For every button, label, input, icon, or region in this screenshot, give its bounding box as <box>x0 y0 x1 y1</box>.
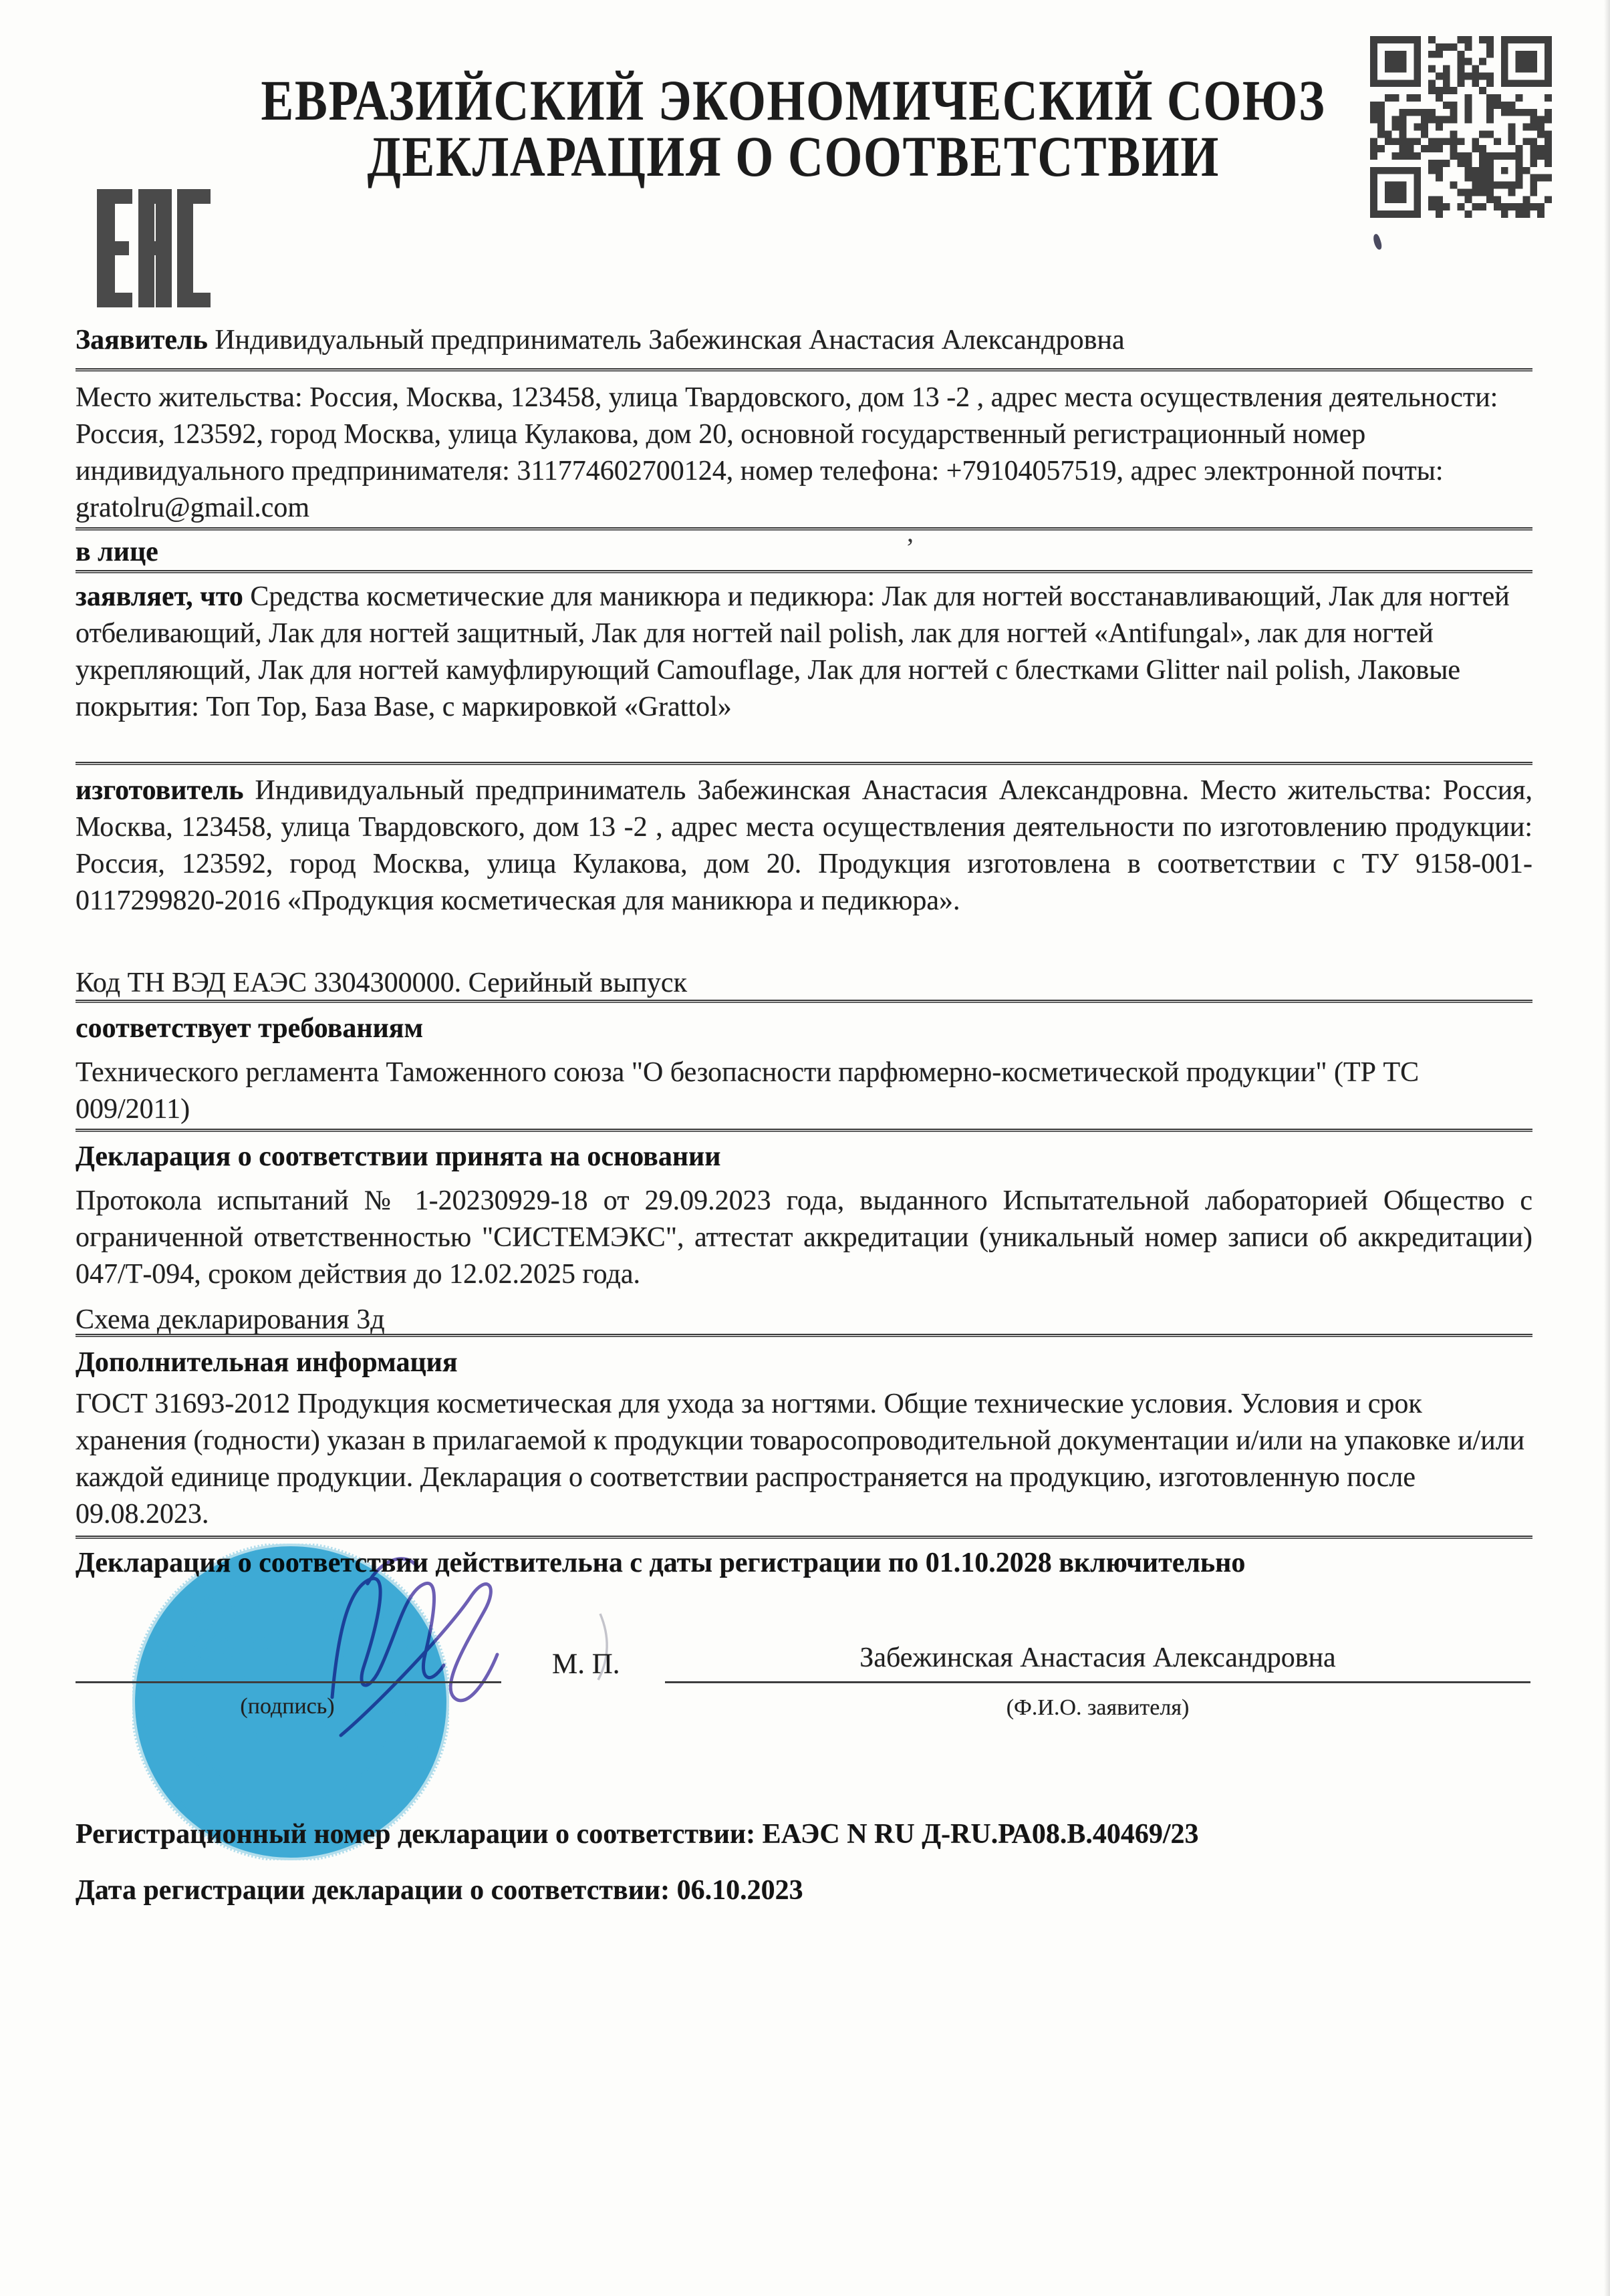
qr-code-icon <box>1370 29 1552 225</box>
additional-info-label: Дополнительная информация <box>76 1344 1532 1381</box>
declaration-document-page: ЕВРАЗИЙСКИЙ ЭКОНОМИЧЕСКИЙ СОЮЗ ДЕКЛАРАЦИ… <box>0 0 1610 2296</box>
declaration-scheme-line: Схема декларирования 3д <box>76 1302 1532 1338</box>
applicant-name-caption: (Ф.И.О. заявителя) <box>665 1689 1530 1726</box>
applicant-name: Забежинская Анастасия Александровна <box>665 1640 1530 1677</box>
registration-date-line: Дата регистрации декларации о соответств… <box>76 1872 1532 1909</box>
divider <box>76 527 1532 531</box>
applicant-line: Заявитель Индивидуальный предприниматель… <box>76 322 1532 359</box>
divider <box>76 762 1532 765</box>
applicant-name-line <box>665 1681 1530 1683</box>
applicant-details: Место жительства: Россия, Москва, 123458… <box>76 380 1532 527</box>
divider <box>76 570 1532 573</box>
basis-text: Протокола испытаний № 1-20230929-18 от 2… <box>76 1183 1532 1293</box>
declares-label: заявляет, что <box>76 581 243 612</box>
in-person-line: в лице <box>76 534 1532 571</box>
divider <box>76 1129 1532 1132</box>
manufacturer-paragraph: изготовитель Индивидуальный предпринимат… <box>76 772 1532 919</box>
applicant-label: Заявитель <box>76 325 208 355</box>
scan-edge-shadow <box>1604 0 1610 2296</box>
applicant-value: Индивидуальный предприниматель Забежинск… <box>215 325 1124 355</box>
page-title-line-2: ДЕКЛАРАЦИЯ О СООТВЕТСТВИИ <box>0 128 1587 184</box>
divider <box>76 1000 1532 1003</box>
signature-line <box>76 1681 501 1683</box>
manufacturer-label: изготовитель <box>76 775 244 806</box>
ink-speck <box>1372 233 1383 251</box>
signature-caption: (подпись) <box>160 1688 414 1725</box>
divider <box>76 368 1532 372</box>
divider <box>76 1334 1532 1337</box>
page-title-line-1: ЕВРАЗИЙСКИЙ ЭКОНОМИЧЕСКИЙ СОЮЗ <box>0 72 1587 128</box>
complies-label: соответствует требованиям <box>76 1010 1532 1047</box>
in-person-label: в лице <box>76 537 158 567</box>
stamp-place-label: М. П. <box>552 1648 620 1681</box>
stray-ink-mark: ’ <box>906 532 914 563</box>
eac-mark-icon <box>97 189 211 307</box>
declares-paragraph: заявляет, что Средства косметические для… <box>76 579 1532 726</box>
tnved-code-line: Код ТН ВЭД ЕАЭС 3304300000. Серийный вып… <box>76 965 1532 1002</box>
basis-label: Декларация о соответствии принята на осн… <box>76 1139 1532 1175</box>
page-title: ЕВРАЗИЙСКИЙ ЭКОНОМИЧЕСКИЙ СОЮЗ ДЕКЛАРАЦИ… <box>0 72 1587 184</box>
complies-text: Технического регламента Таможенного союз… <box>76 1054 1532 1128</box>
registration-number-line: Регистрационный номер декларации о соотв… <box>76 1816 1532 1853</box>
